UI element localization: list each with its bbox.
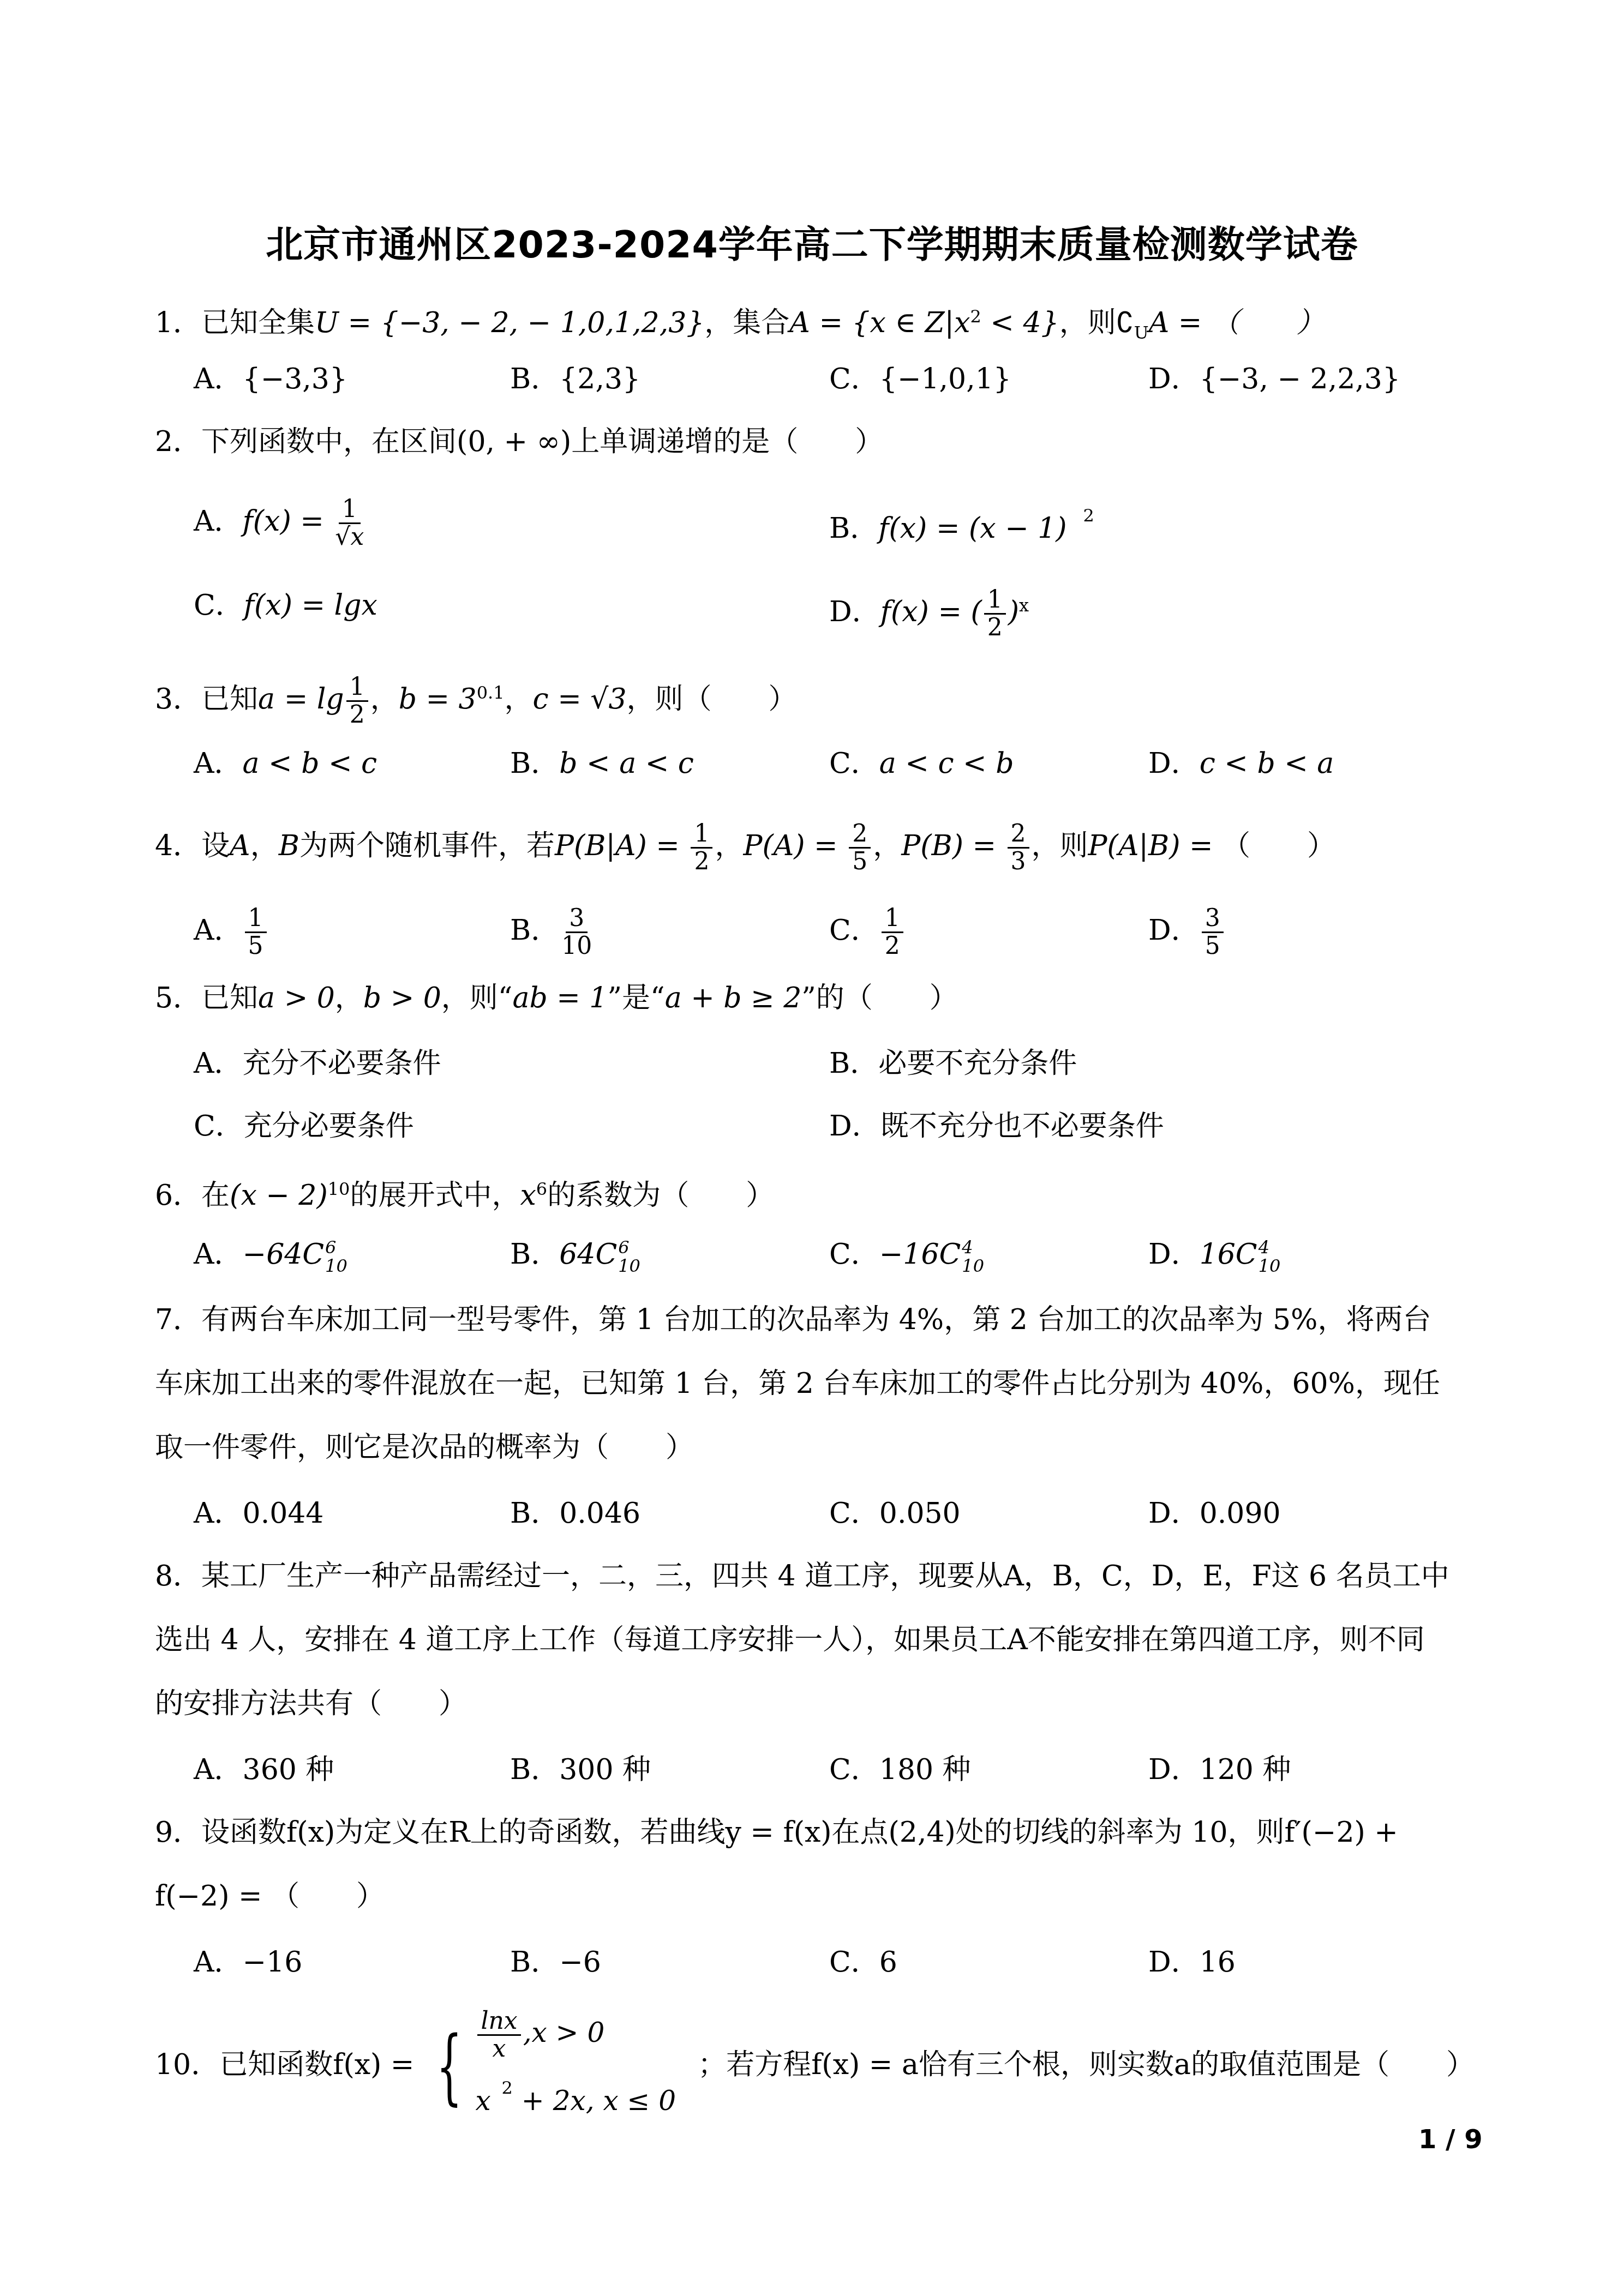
option-label: A． — [194, 505, 243, 538]
case-2: x2 + 2x, x ≤ 0 — [475, 2062, 676, 2127]
question-number: 8． — [155, 1560, 201, 1592]
math: a = lg — [258, 683, 344, 716]
option-d: D．f(x) = (12)x — [829, 586, 1029, 641]
option-text: 16 — [1200, 1946, 1236, 1979]
option-label: B． — [510, 1753, 559, 1786]
option-c: C．充分必要条件 — [194, 1107, 414, 1145]
math: U = {−3, − 2, − 1,0,1,2,3} — [315, 306, 704, 339]
option-d: D．16C410 — [1148, 1235, 1280, 1275]
option-label: B． — [829, 512, 878, 545]
sup-sub: 610 — [618, 1238, 640, 1275]
math: < 4} — [981, 306, 1059, 339]
question-9-line-1: 9．设函数f(x)为定义在R上的奇函数，若曲线y = f(x)在点(2,4)处的… — [155, 1813, 1398, 1852]
numerator: 1 — [245, 905, 267, 933]
fraction: 15 — [245, 905, 267, 959]
text: ， — [335, 982, 363, 1014]
fraction: lnxx — [477, 2008, 520, 2062]
math: x — [520, 1179, 536, 1212]
question-number: 5． — [155, 982, 201, 1014]
fraction: 23 — [1008, 821, 1029, 875]
question-8-line-2: 选出 4 人，安排在 4 道工序上工作（每道工序安排一人），如果员工A不能安排在… — [155, 1621, 1425, 1659]
case-1: lnxx,x > 0 — [475, 2007, 676, 2062]
option-b: B．f(x) = (x − 1)2 — [829, 496, 1094, 548]
question-2-stem: 2．下列函数中，在区间(0, + ∞)上单调递增的是（ ） — [155, 423, 883, 461]
question-5-stem: 5．已知a > 0，b > 0，则“ab = 1”是“a + b ≥ 2”的（ … — [155, 979, 958, 1017]
option-b: B．必要不充分条件 — [829, 1044, 1077, 1083]
text: 已知 — [201, 683, 258, 716]
option-label: D． — [829, 596, 880, 628]
option-a: A．{−3,3} — [194, 360, 347, 398]
fraction: 35 — [1202, 905, 1224, 959]
sup-sub: 610 — [325, 1238, 347, 1275]
denominator: 3 — [1011, 849, 1026, 875]
fraction: 1√x — [335, 496, 364, 550]
fraction: 25 — [849, 821, 871, 875]
option-label: A． — [194, 1497, 243, 1530]
fraction: 12 — [691, 821, 712, 875]
superscript: 2 — [502, 2077, 513, 2098]
math: x — [475, 2085, 490, 2117]
numerator: 1 — [984, 587, 1006, 615]
question-10-stem: 10．已知函数f(x) = {lnxx,x > 0x2 + 2x, x ≤ 0；… — [155, 2007, 1475, 2127]
question-7-line-3: 取一件零件，则它是次品的概率为（ ） — [155, 1428, 694, 1466]
option-text: c < b < a — [1200, 747, 1334, 780]
fraction: 310 — [561, 905, 592, 959]
option-label: B． — [510, 363, 559, 395]
option-text: 0.046 — [559, 1497, 640, 1530]
math: A = {x ∈ Z|x — [789, 306, 970, 339]
text: ， — [873, 830, 901, 862]
option-d: D．{−3, − 2,2,3} — [1148, 360, 1400, 398]
text: ，则 — [1032, 830, 1088, 862]
math: P(B) = — [901, 830, 1005, 862]
option-d: D．35 — [1148, 905, 1226, 959]
option-text: 既不充分也不必要条件 — [880, 1110, 1164, 1143]
denominator: 5 — [248, 933, 263, 959]
option-label: C． — [194, 589, 244, 622]
option-b: B．b < a < c — [510, 744, 694, 783]
option-label: B． — [510, 914, 559, 947]
option-a: A．−16 — [194, 1943, 302, 1981]
numerator: 2 — [1008, 821, 1029, 849]
option-text: −64C — [243, 1238, 325, 1271]
denominator: 2 — [987, 615, 1003, 641]
left-brace: { — [436, 2026, 463, 2108]
denominator: 2 — [885, 933, 900, 959]
page-number: 1 / 9 — [1418, 2124, 1483, 2155]
sup-sub: 410 — [962, 1238, 984, 1275]
text: ，集合 — [704, 306, 789, 339]
superscript: 4 — [1259, 1238, 1281, 1257]
superscript: 4 — [962, 1238, 984, 1257]
math: ab = 1 — [512, 982, 607, 1014]
math: c = √3 — [533, 683, 627, 716]
question-1-stem: 1．已知全集U = {−3, − 2, − 1,0,1,2,3}，集合A = {… — [155, 297, 1325, 352]
math: b > 0 — [363, 982, 441, 1014]
option-label: D． — [829, 1110, 880, 1143]
question-7-line-1: 7．有两台车床加工同一型号零件，第 1 台加工的次品率为 4%，第 2 台加工的… — [155, 1301, 1431, 1339]
math: a + b ≥ 2 — [665, 982, 802, 1014]
option-label: D． — [1148, 914, 1200, 947]
question-6-stem: 6．在(x − 2)10的展开式中，x6的系数为（ ） — [155, 1170, 774, 1215]
option-label: B． — [510, 1497, 559, 1530]
option-a: A．0.044 — [194, 1494, 323, 1532]
subscript: 10 — [618, 1257, 640, 1275]
option-b: B．{2,3} — [510, 360, 640, 398]
numerator: lnx — [477, 2008, 520, 2036]
text: 在 — [201, 1179, 230, 1212]
option-text: 180 种 — [879, 1753, 971, 1786]
text: 已知函数f(x) = — [219, 2048, 423, 2081]
option-text: {−1,0,1} — [879, 363, 1011, 395]
question-8-line-1: 8．某工厂生产一种产品需经过一，二，三，四共 4 道工序，现要从A，B，C，D，… — [155, 1557, 1449, 1595]
question-3-stem: 3．已知a = lg12，b = 30.1，c = √3，则（ ） — [155, 674, 797, 728]
text: 某工厂生产一种产品需经过一，二，三，四共 4 道工序，现要从A，B，C，D，E，… — [201, 1560, 1449, 1592]
option-b: B．0.046 — [510, 1494, 640, 1532]
option-d: D．0.090 — [1148, 1494, 1281, 1532]
option-label: A． — [194, 1946, 243, 1979]
option-text: b < a < c — [559, 747, 694, 780]
option-text: −6 — [559, 1946, 601, 1979]
option-label: D． — [1148, 1497, 1200, 1530]
text: 的系数为（ ） — [547, 1179, 774, 1212]
option-text: 0.044 — [243, 1497, 324, 1530]
text: （ ） — [1222, 830, 1335, 862]
text: ，则 — [1059, 306, 1116, 339]
denominator: 5 — [852, 849, 867, 875]
option-text: {−3, − 2,2,3} — [1200, 363, 1400, 395]
numerator: 3 — [566, 905, 588, 933]
option-text: a < b < c — [243, 747, 377, 780]
fraction: 12 — [346, 674, 368, 728]
denominator: √x — [335, 524, 364, 550]
option-text: 16C — [1200, 1238, 1257, 1271]
numerator: 2 — [849, 821, 871, 849]
option-text: 充分不必要条件 — [243, 1047, 441, 1080]
option-text: a < c < b — [879, 747, 1014, 780]
option-label: B． — [510, 1238, 559, 1271]
option-d: D．120 种 — [1148, 1751, 1291, 1789]
option-d: D．既不充分也不必要条件 — [829, 1107, 1164, 1145]
option-text: f(x) = (x − 1) — [878, 512, 1066, 545]
math: A = （ ） — [1149, 306, 1325, 339]
option-c: C．f(x) = lgx — [194, 586, 377, 624]
option-c: C．6 — [829, 1943, 897, 1981]
math: B — [279, 830, 299, 862]
question-number: 3． — [155, 683, 201, 716]
option-text: −16C — [879, 1238, 961, 1271]
option-label: A． — [194, 1047, 243, 1080]
option-a: A．f(x) = 1√x — [194, 496, 366, 550]
option-label: A． — [194, 747, 243, 780]
superscript: 6 — [618, 1238, 640, 1257]
math: (x − 2) — [230, 1179, 328, 1212]
option-label: A． — [194, 914, 243, 947]
question-number: 1． — [155, 306, 201, 339]
question-number: 7． — [155, 1303, 201, 1336]
text: ， — [250, 830, 279, 862]
text: ， — [370, 683, 399, 716]
option-text: f(x) = — [243, 505, 333, 538]
option-c: C．{−1,0,1} — [829, 360, 1011, 398]
option-text: {2,3} — [559, 363, 640, 395]
option-label: A． — [194, 1753, 243, 1786]
option-text: 120 种 — [1200, 1753, 1291, 1786]
option-text: 6 — [879, 1946, 897, 1979]
option-label: D． — [1148, 747, 1200, 780]
superscript: 2 — [970, 306, 981, 327]
denominator: 2 — [694, 849, 709, 875]
text: 已知 — [201, 982, 258, 1014]
sup-sub: 410 — [1259, 1238, 1281, 1275]
option-a: A．a < b < c — [194, 744, 377, 783]
option-text: 64C — [559, 1238, 617, 1271]
option-label: C． — [829, 1238, 879, 1271]
subscript: 10 — [325, 1257, 347, 1275]
math: P(A) = — [743, 830, 847, 862]
numerator: 1 — [346, 674, 368, 702]
complement-symbol: ∁ — [1116, 306, 1134, 339]
option-text: f(x) = lgx — [244, 589, 377, 622]
superscript: 0.1 — [477, 682, 505, 703]
option-d: D．16 — [1148, 1943, 1236, 1981]
text: ”的（ ） — [801, 982, 958, 1014]
numerator: 3 — [1202, 905, 1224, 933]
math: b = 3 — [399, 683, 477, 716]
superscript: 6 — [325, 1238, 347, 1257]
text: ；若方程f(x) = a恰有三个根，则实数a的取值范围是（ ） — [698, 2048, 1475, 2081]
question-number: 2． — [155, 425, 201, 458]
subscript: 10 — [1259, 1257, 1281, 1275]
question-4-stem: 4．设A，B为两个随机事件，若P(B|A) = 12，P(A) = 25，P(B… — [155, 821, 1335, 875]
fraction: 12 — [984, 587, 1006, 641]
text: ”是“ — [607, 982, 664, 1014]
superscript: x — [1019, 595, 1029, 616]
text: 已知全集 — [201, 306, 315, 339]
option-d: D．c < b < a — [1148, 744, 1334, 783]
fraction: 12 — [882, 905, 903, 959]
text: 设函数f(x)为定义在R上的奇函数，若曲线y = f(x)在点(2,4)处的切线… — [201, 1816, 1398, 1849]
option-a: A．充分不必要条件 — [194, 1044, 441, 1083]
option-a: A．−64C610 — [194, 1235, 347, 1275]
option-text: 360 种 — [243, 1753, 334, 1786]
option-c: C．0.050 — [829, 1494, 961, 1532]
option-label: C． — [829, 914, 879, 947]
option-label: C． — [194, 1110, 244, 1143]
question-number: 6． — [155, 1179, 201, 1212]
math: A — [230, 830, 250, 862]
math: + 2x, x ≤ 0 — [513, 2085, 676, 2117]
denominator: 5 — [1205, 933, 1220, 959]
option-label: B． — [510, 1946, 559, 1979]
math: ) — [1008, 596, 1019, 628]
condition: ,x > 0 — [523, 2017, 605, 2048]
question-number: 9． — [155, 1816, 201, 1849]
numerator: 1 — [339, 496, 361, 524]
option-label: C． — [829, 1753, 879, 1786]
option-label: A． — [194, 363, 243, 395]
piecewise-cases: lnxx,x > 0x2 + 2x, x ≤ 0 — [475, 2007, 676, 2127]
option-c: C．180 种 — [829, 1751, 971, 1789]
option-label: D． — [1148, 1753, 1200, 1786]
option-b: B．64C610 — [510, 1235, 640, 1275]
denominator: 2 — [350, 702, 365, 728]
option-a: A．15 — [194, 905, 269, 959]
option-label: D． — [1148, 1238, 1200, 1271]
option-c: C．−16C410 — [829, 1235, 984, 1275]
math: a > 0 — [258, 982, 335, 1014]
text: 下列函数中，在区间(0, + ∞)上单调递增的是（ ） — [201, 425, 883, 458]
option-text: 必要不充分条件 — [878, 1047, 1077, 1080]
superscript: 6 — [536, 1179, 547, 1199]
option-a: A．360 种 — [194, 1751, 334, 1789]
option-label: B． — [510, 747, 559, 780]
exam-page: 北京市通州区2023-2024学年高二下学期期末质量检测数学试卷 1．已知全集U… — [0, 0, 1624, 2296]
text: 的展开式中， — [350, 1179, 520, 1212]
option-text: f(x) = ( — [880, 596, 982, 628]
option-c: C．12 — [829, 905, 906, 959]
option-label: C． — [829, 1946, 879, 1979]
text: ， — [505, 683, 533, 716]
question-number: 10． — [155, 2048, 219, 2081]
option-label: B． — [829, 1047, 878, 1080]
question-9-line-2: f(−2) = （ ） — [155, 1877, 385, 1915]
option-text: 300 种 — [559, 1753, 651, 1786]
denominator: x — [493, 2036, 506, 2062]
text: 为两个随机事件，若 — [299, 830, 555, 862]
option-text: 充分必要条件 — [244, 1110, 414, 1143]
text: ， — [715, 830, 743, 862]
text: 设 — [201, 830, 230, 862]
text: ，则（ ） — [627, 683, 797, 716]
question-7-line-2: 车床加工出来的零件混放在一起，已知第 1 台，第 2 台车床加工的零件占比分别为… — [155, 1365, 1440, 1403]
option-label: C． — [829, 747, 879, 780]
option-label: C． — [829, 1497, 879, 1530]
superscript: 2 — [1083, 505, 1094, 526]
option-label: A． — [194, 1238, 243, 1271]
option-text: 0.050 — [879, 1497, 961, 1530]
option-label: D． — [1148, 1946, 1200, 1979]
option-text: {−3,3} — [243, 363, 347, 395]
option-text: −16 — [243, 1946, 303, 1979]
page-title: 北京市通州区2023-2024学年高二下学期期末质量检测数学试卷 — [0, 215, 1624, 268]
option-b: B．300 种 — [510, 1751, 651, 1789]
denominator: 10 — [561, 933, 592, 959]
option-text: 0.090 — [1200, 1497, 1281, 1530]
numerator: 1 — [691, 821, 712, 849]
math: P(A|B) = — [1088, 830, 1222, 862]
text: ，则“ — [441, 982, 513, 1014]
option-c: C．a < c < b — [829, 744, 1014, 783]
subscript: U — [1134, 322, 1149, 343]
option-label: D． — [1148, 363, 1200, 395]
option-label: C． — [829, 363, 879, 395]
math: P(B|A) = — [555, 830, 688, 862]
subscript: 10 — [962, 1257, 984, 1275]
text: 有两台车床加工同一型号零件，第 1 台加工的次品率为 4%，第 2 台加工的次品… — [201, 1303, 1431, 1336]
superscript: 10 — [328, 1179, 350, 1199]
numerator: 1 — [882, 905, 903, 933]
question-8-line-3: 的安排方法共有（ ） — [155, 1685, 467, 1723]
option-b: B．310 — [510, 905, 594, 959]
option-b: B．−6 — [510, 1943, 601, 1981]
question-number: 4． — [155, 830, 201, 862]
